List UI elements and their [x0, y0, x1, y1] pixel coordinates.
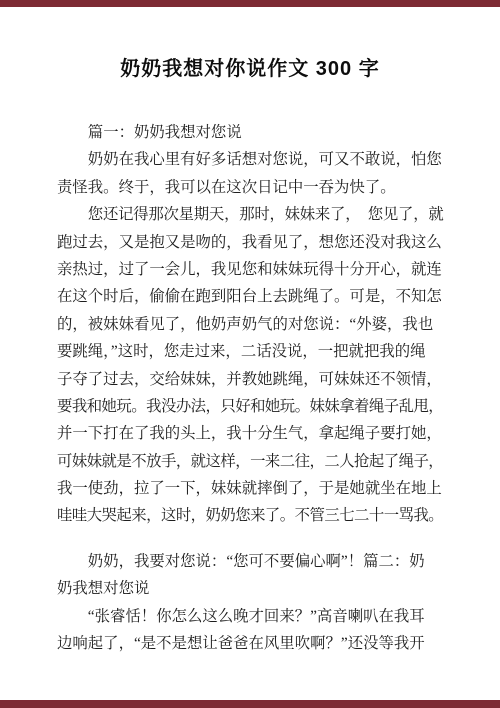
text-line: 责怪我。终于，我可以在这次日记中一吞为快了。	[57, 174, 443, 201]
paragraph: 篇一：奶奶我想对您说	[57, 119, 443, 146]
paragraph: “张睿恬！你怎么这么晚才回来？”高音喇叭在我耳边响起了，“是不是想让爸爸在风里吹…	[57, 603, 443, 658]
text-line: 篇一：奶奶我想对您说	[57, 119, 443, 146]
text-line: 可妹妹就是不放手，就这样，一来二往，二人抢起了绳子，	[57, 448, 443, 475]
text-line: 您还记得那次星期天，那时，妹妹来了， 您见了，就	[57, 201, 443, 228]
text-line: 我一使劲，拉了一下，妹妹就摔倒了，于是她就坐在地上	[57, 475, 443, 502]
text-line: 跑过去，又是抱又是吻的，我看见了，想您还没对我这么	[57, 229, 443, 256]
text-line: 在这个时后，偷偷在跑到阳台上去跳绳了。可是，不知怎	[57, 283, 443, 310]
text-line: “张睿恬！你怎么这么晚才回来？”高音喇叭在我耳	[57, 603, 443, 630]
text-line: 奶我想对您说	[57, 575, 443, 602]
paragraph: 奶奶在我心里有好多话想对您说，可又不敢说，怕您责怪我。终于，我可以在这次日记中一…	[57, 146, 443, 201]
text-line: 哇哇大哭起来，这时，奶奶您来了。不管三七二十一骂我。	[57, 502, 443, 529]
text-line: 子夺了过去，交给妹妹，并教她跳绳，可妹妹还不领情，	[57, 366, 443, 393]
text-line: 并一下打在了我的头上，我十分生气，拿起绳子要打她，	[57, 420, 443, 447]
text-line: 的，被妹妹看见了，他奶声奶气的对您说：“外婆，我也	[57, 311, 443, 338]
bottom-accent-bar	[0, 700, 500, 708]
text-line: 要我和她玩。我没办法，只好和她玩。妹妹拿着绳子乱甩，	[57, 393, 443, 420]
paragraph: 奶奶，我要对您说：“您可不要偏心啊”！篇二：奶奶我想对您说	[57, 548, 443, 603]
paragraph: 您还记得那次星期天，那时，妹妹来了， 您见了，就跑过去，又是抱又是吻的，我看见了…	[57, 201, 443, 530]
text-line: 亲热过，过了一会儿，我见您和妹妹玩得十分开心，就连	[57, 256, 443, 283]
document-page: 奶奶我想对你说作文 300 字 篇一：奶奶我想对您说奶奶在我心里有好多话想对您说…	[0, 0, 500, 708]
top-accent-bar	[0, 0, 500, 7]
text-line: 奶奶在我心里有好多话想对您说，可又不敢说，怕您	[57, 146, 443, 173]
text-line: 边响起了，“是不是想让爸爸在风里吹啊？”还没等我开	[57, 630, 443, 657]
document-body: 篇一：奶奶我想对您说奶奶在我心里有好多话想对您说，可又不敢说，怕您责怪我。终于，…	[57, 119, 443, 657]
document-title: 奶奶我想对你说作文 300 字	[0, 55, 500, 84]
text-line: 要跳绳，”这时，您走过来，二话没说，一把就把我的绳	[57, 338, 443, 365]
text-line: 奶奶，我要对您说：“您可不要偏心啊”！篇二：奶	[57, 548, 443, 575]
